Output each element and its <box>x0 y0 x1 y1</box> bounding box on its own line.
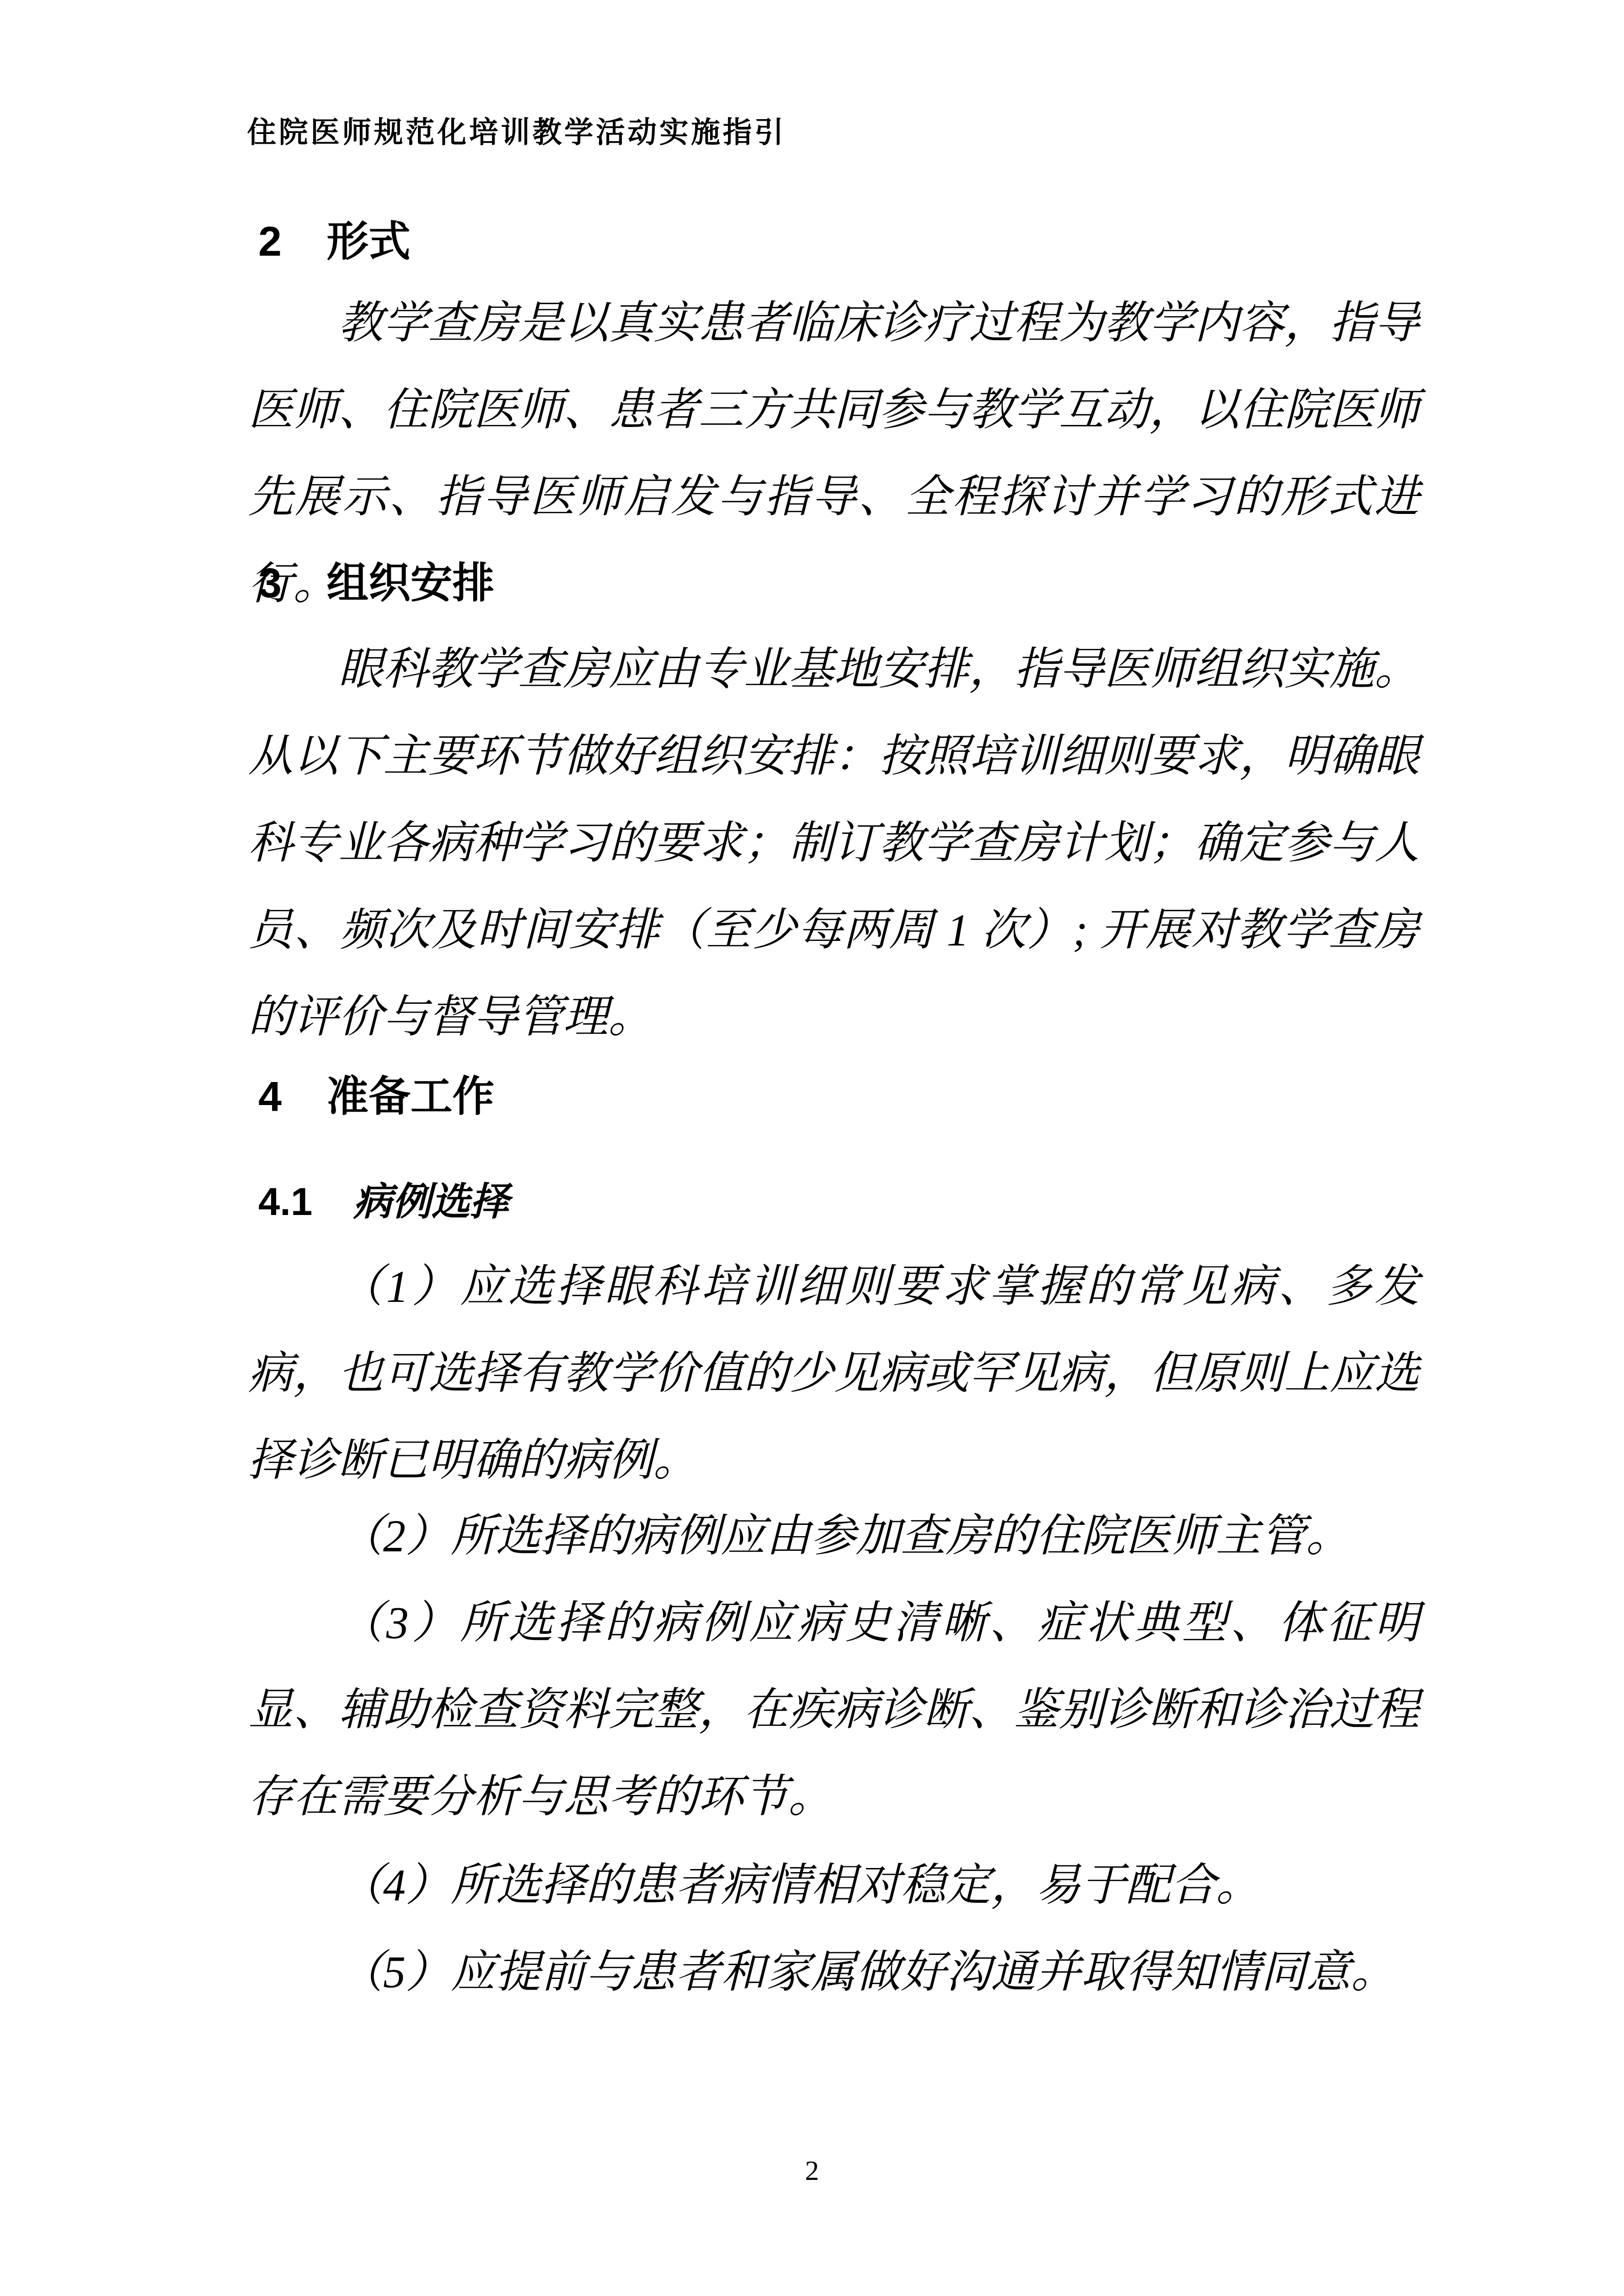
section-number: 2 <box>258 211 282 273</box>
section-title: 准备工作 <box>327 1073 495 1120</box>
document-page: 住院医师规范化培训教学活动实施指引 2形式 教学查房是以真实患者临床诊疗过程为教… <box>0 0 1624 2296</box>
section-heading-2: 2形式 <box>258 211 411 273</box>
list-item-paragraph: （1）应选择眼科培训细则要求掌握的常见病、多发病，也可选择有教学价值的少见病或罕… <box>248 1244 1419 1504</box>
section-heading-4: 4准备工作 <box>258 1066 495 1128</box>
page-header: 住院医师规范化培训教学活动实施指引 <box>247 115 786 151</box>
subsection-number: 4.1 <box>258 1174 313 1230</box>
page-number: 2 <box>0 2155 1624 2186</box>
list-item-paragraph: （4）所选择的患者病情相对稳定，易于配合。 <box>248 1842 1419 1929</box>
section-number: 4 <box>258 1066 282 1128</box>
list-item-paragraph: （3）所选择的病例应病史清晰、症状典型、体征明显、辅助检查资料完整，在疾病诊断、… <box>248 1580 1419 1841</box>
list-item-paragraph: （5）应提前与患者和家属做好沟通并取得知情同意。 <box>248 1929 1419 2016</box>
section-title: 形式 <box>327 218 411 265</box>
subsection-title: 病例选择 <box>353 1181 509 1224</box>
subsection-heading-4-1: 4.1病例选择 <box>258 1174 509 1230</box>
paragraph: 眼科教学查房应由专业基地安排，指导医师组织实施。从以下主要环节做好组织安排：按照… <box>248 626 1419 1061</box>
section-number: 3 <box>258 553 282 614</box>
list-item-paragraph: （2）所选择的病例应由参加查房的住院医师主管。 <box>248 1493 1419 1580</box>
section-heading-3: 3组织安排 <box>258 553 495 614</box>
section-title: 组织安排 <box>327 560 495 606</box>
